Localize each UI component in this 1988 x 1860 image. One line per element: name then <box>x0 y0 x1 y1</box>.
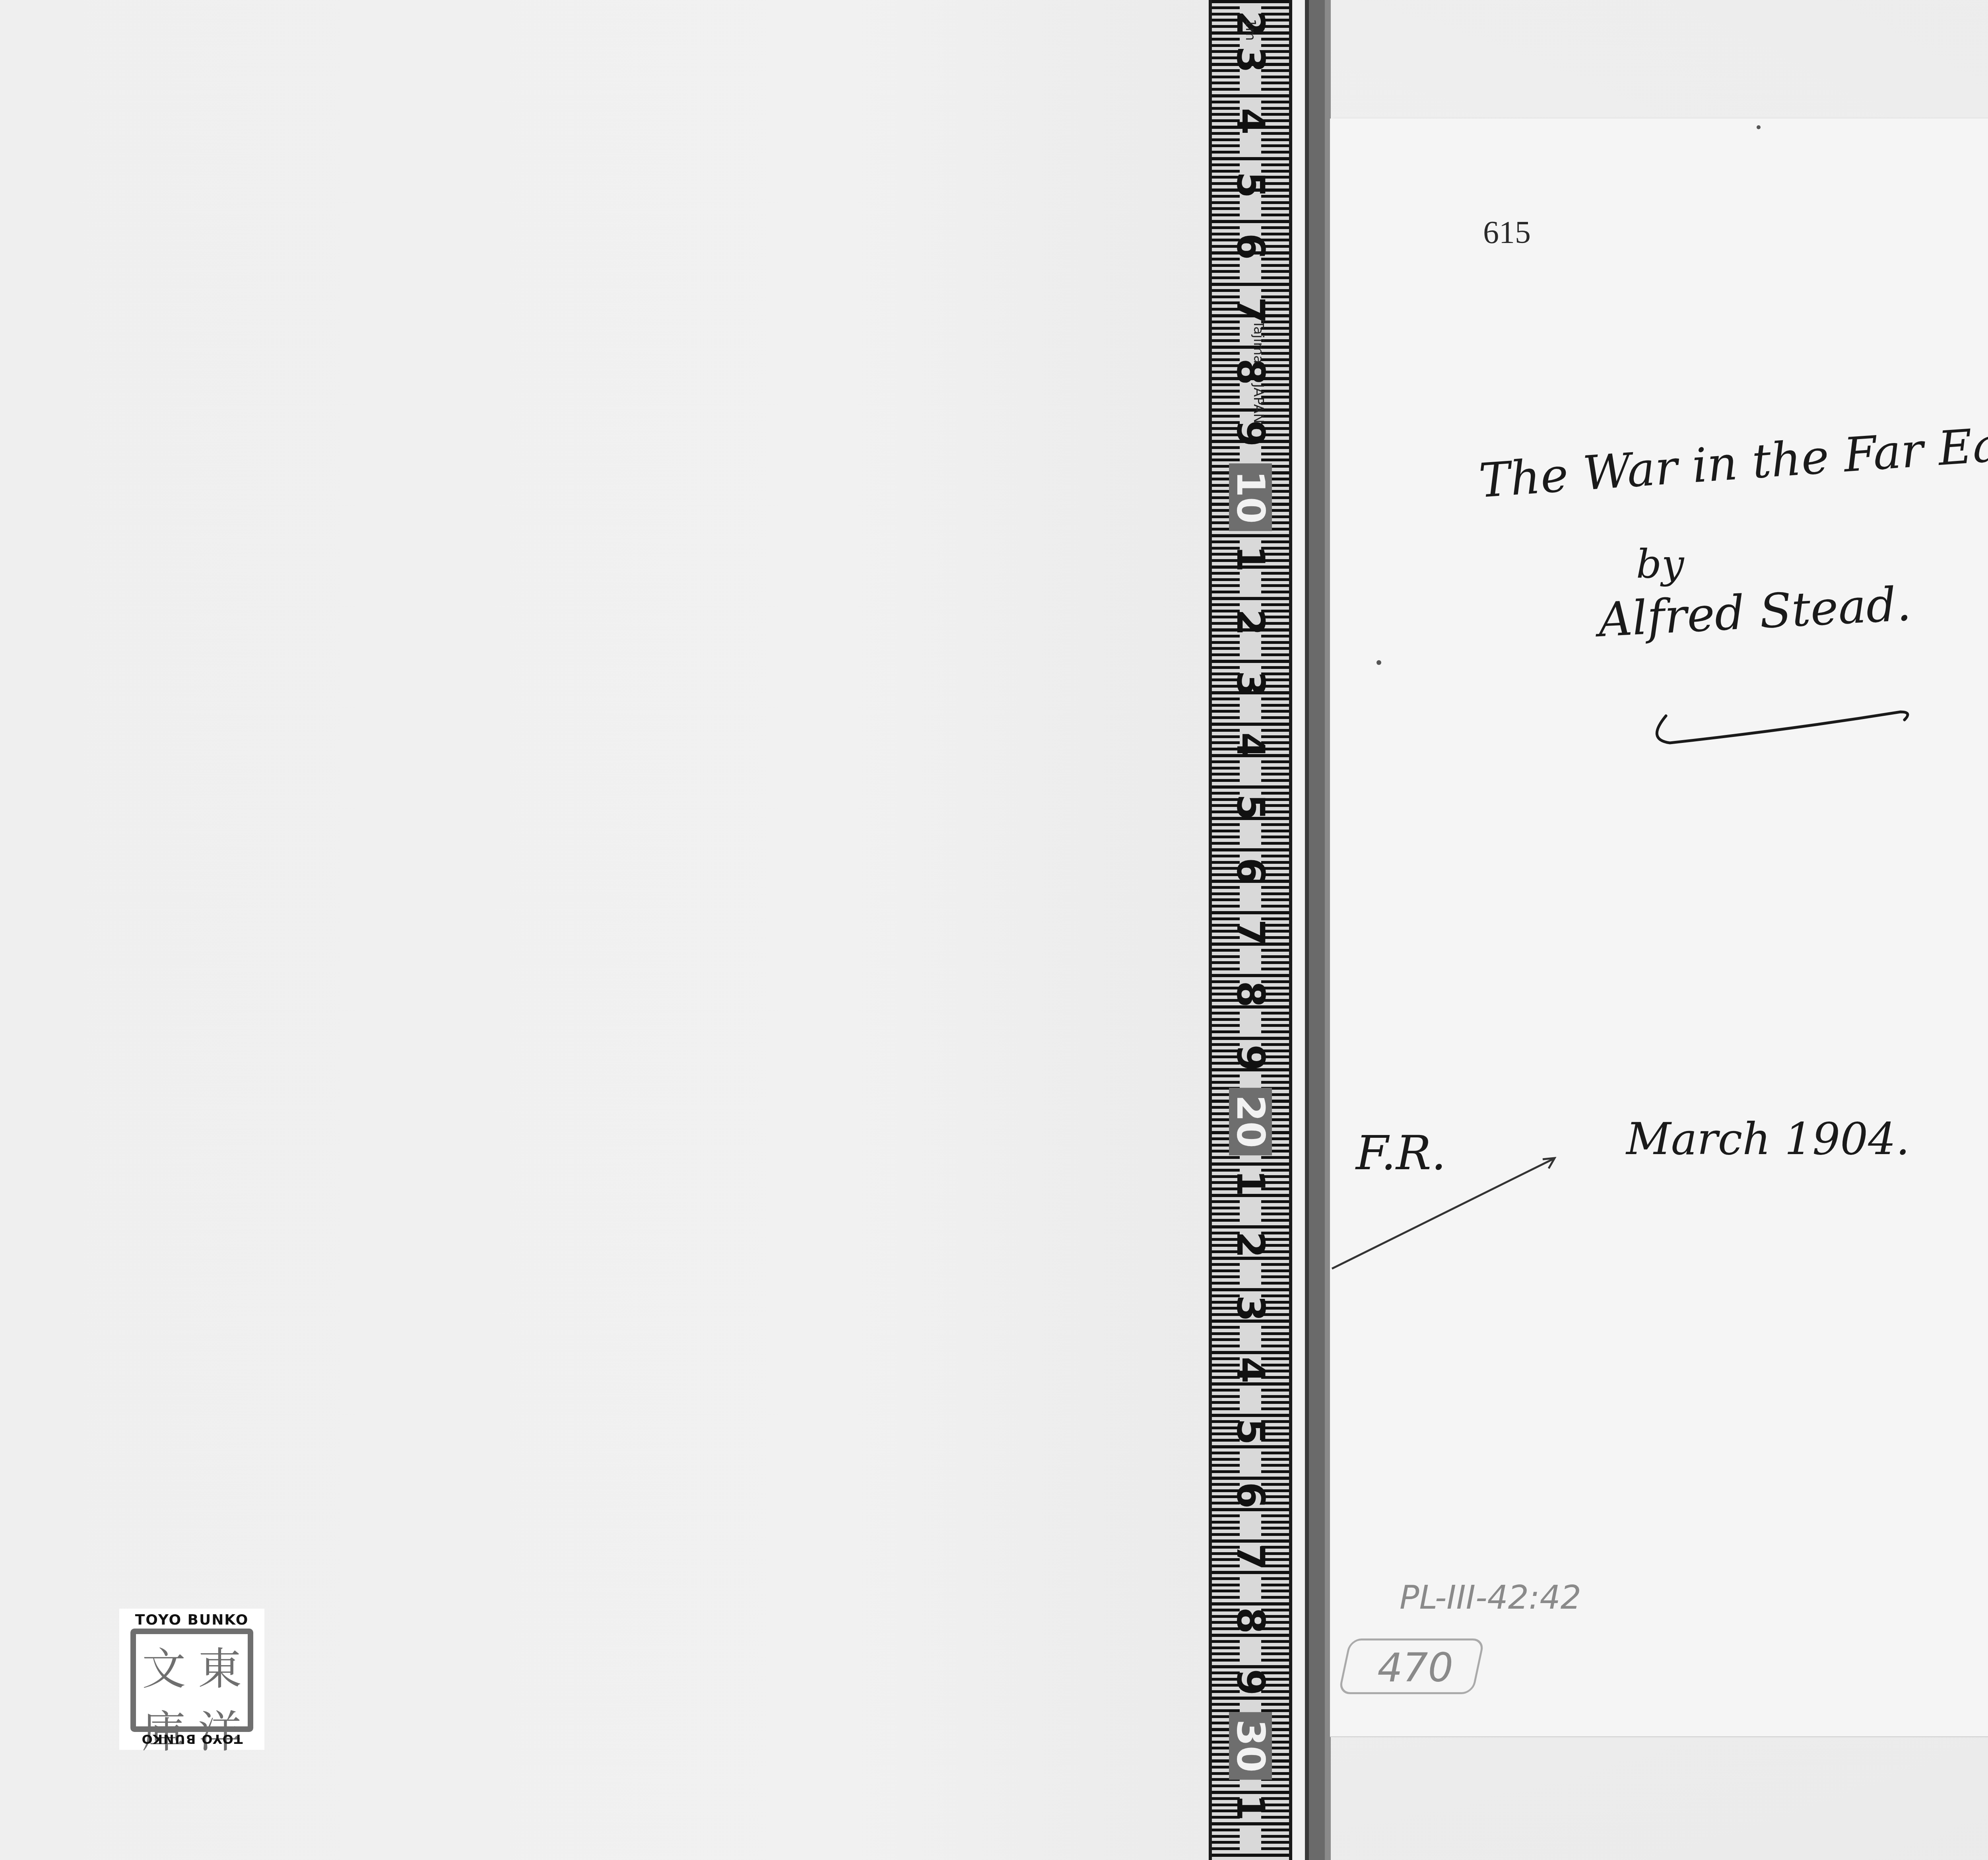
ink-strokes <box>0 0 1988 1860</box>
paper-speck <box>1376 660 1381 665</box>
underline-flourish <box>1657 712 1908 743</box>
arrow-line <box>1332 1159 1553 1269</box>
paper-speck <box>1757 125 1761 129</box>
